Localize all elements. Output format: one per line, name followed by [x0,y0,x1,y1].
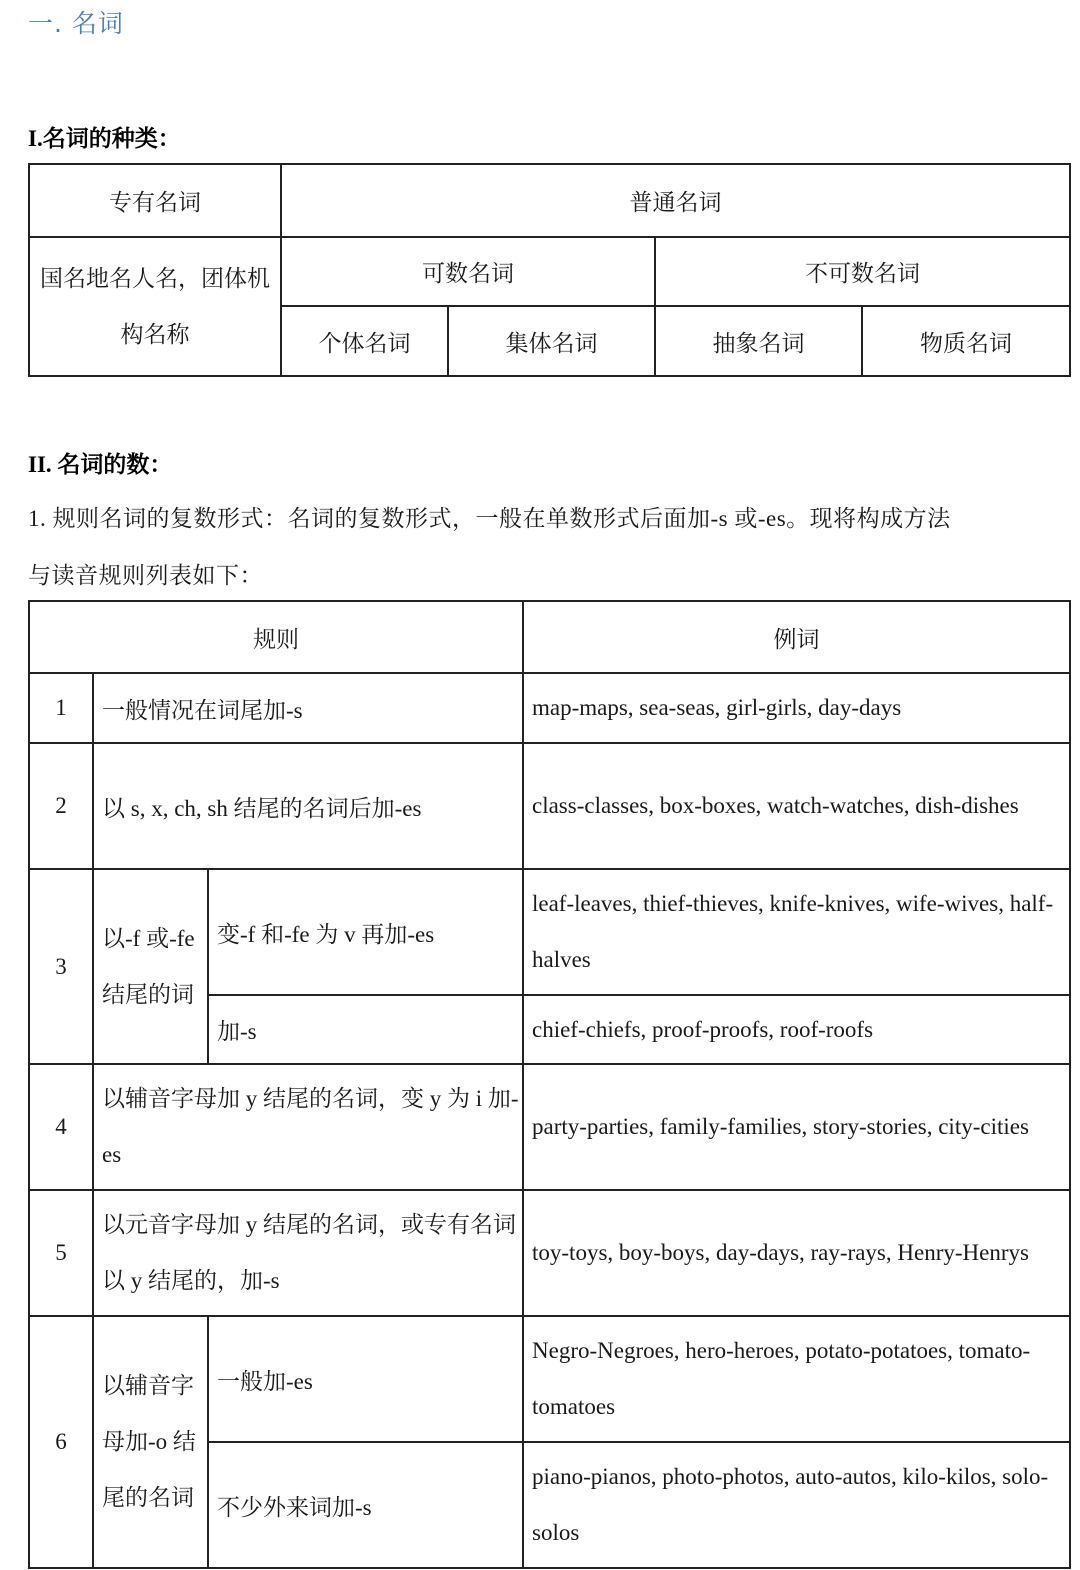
cell-countable: 可数名词 [281,237,655,306]
examples-cell: Negro-Negroes, hero-heroes, potato-potat… [523,1316,1070,1442]
sub-rule-cell: 变-f 和-fe 为 v 再加-es [208,869,523,995]
cell-proper-noun: 专有名词 [29,164,281,237]
rule-cell: 以 s, x, ch, sh 结尾的名词后加-es [93,743,523,869]
paragraph-line-1: 1. 规则名词的复数形式：名词的复数形式，一般在单数形式后面加-s 或-es。现… [28,500,951,533]
table-row: 4 以辅音字母加 y 结尾的名词，变 y 为 i 加-es party-part… [29,1064,1070,1190]
row-number: 6 [29,1316,93,1568]
row-number: 1 [29,673,93,743]
examples-cell: class-classes, box-boxes, watch-watches,… [523,743,1070,869]
cell-common-noun: 普通名词 [281,164,1070,237]
examples-cell: map-maps, sea-seas, girl-girls, day-days [523,673,1070,743]
cell-individual: 个体名词 [281,306,448,376]
table-row: 3 以-f 或-fe 结尾的词 变-f 和-fe 为 v 再加-es leaf-… [29,869,1070,995]
header-examples: 例词 [523,601,1070,673]
sub-rule-cell: 不少外来词加-s [208,1442,523,1568]
cell-collective: 集体名词 [448,306,655,376]
group-cell: 以辅音字母加-o 结尾的名词 [93,1316,208,1568]
row-number: 4 [29,1064,93,1190]
examples-cell: piano-pianos, photo-photos, auto-autos, … [523,1442,1070,1568]
rule-cell: 以辅音字母加 y 结尾的名词，变 y 为 i 加-es [93,1064,523,1190]
rule-cell: 以元音字母加 y 结尾的名词，或专有名词以 y 结尾的，加-s [93,1190,523,1316]
row-number: 5 [29,1190,93,1316]
group-cell: 以-f 或-fe 结尾的词 [93,869,208,1064]
cell-abstract: 抽象名词 [655,306,862,376]
cell-uncountable: 不可数名词 [655,237,1070,306]
cell-proper-desc: 国名地名人名，团体机构名称 [29,237,281,376]
table-row: 1 一般情况在词尾加-s map-maps, sea-seas, girl-gi… [29,673,1070,743]
examples-cell: party-parties, family-families, story-st… [523,1064,1070,1190]
examples-cell: leaf-leaves, thief-thieves, knife-knives… [523,869,1070,995]
header-rule: 规则 [29,601,523,673]
table-row: 6 以辅音字母加-o 结尾的名词 一般加-es Negro-Negroes, h… [29,1316,1070,1442]
row-number: 2 [29,743,93,869]
section-heading-noun-types: I.名词的种类： [28,120,181,153]
sub-rule-cell: 一般加-es [208,1316,523,1442]
section-heading-noun-number: II. 名词的数： [28,446,172,479]
sub-rule-cell: 加-s [208,995,523,1064]
chapter-title: 一. 名词 [28,4,124,40]
table-row: 2 以 s, x, ch, sh 结尾的名词后加-es class-classe… [29,743,1070,869]
table-row: 5 以元音字母加 y 结尾的名词，或专有名词以 y 结尾的，加-s toy-to… [29,1190,1070,1316]
rule-cell: 一般情况在词尾加-s [93,673,523,743]
cell-material: 物质名词 [862,306,1070,376]
plural-rules-table: 规则 例词 1 一般情况在词尾加-s map-maps, sea-seas, g… [28,600,1071,1569]
paragraph-line-2: 与读音规则列表如下： [28,557,263,590]
examples-cell: toy-toys, boy-boys, day-days, ray-rays, … [523,1190,1070,1316]
row-number: 3 [29,869,93,1064]
noun-types-table: 专有名词 普通名词 国名地名人名，团体机构名称 可数名词 不可数名词 个体名词 … [28,163,1071,377]
examples-cell: chief-chiefs, proof-proofs, roof-roofs [523,995,1070,1064]
